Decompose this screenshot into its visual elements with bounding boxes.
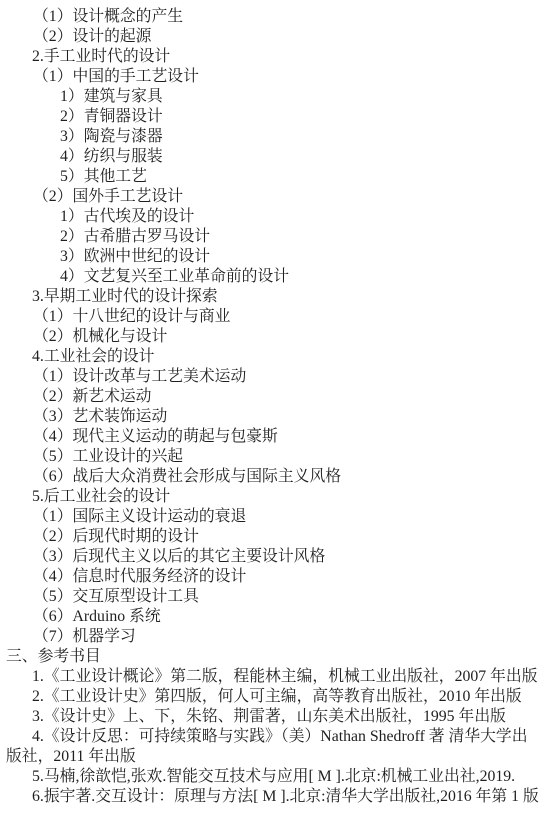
outline-item: （1）十八世纪的设计与商业 xyxy=(0,307,551,327)
reference-item: 2.《工业设计史》第四版，何人可主编，高等教育出版社，2010 年出版 xyxy=(0,687,551,707)
outline-item: （2）机械化与设计 xyxy=(0,327,551,347)
reference-item: 3.《设计史》上、下，朱铭、荆雷著，山东美术出版社，1995 年出版 xyxy=(0,707,551,727)
outline-section: 2.手工业时代的设计 xyxy=(0,47,551,67)
document-lines: （1）设计概念的产生（2）设计的起源2.手工业时代的设计（1）中国的手工艺设计1… xyxy=(0,7,551,807)
outline-subitem: 4）文艺复兴至工业革命前的设计 xyxy=(0,267,551,287)
outline-section: 4.工业社会的设计 xyxy=(0,347,551,367)
outline-item: （7）机器学习 xyxy=(0,627,551,647)
outline-subitem: 3）欧洲中世纪的设计 xyxy=(0,247,551,267)
reference-item: 1.《工业设计概论》第二版，程能林主编，机械工业出版社，2007 年出版 xyxy=(0,667,551,687)
outline-section: 5.后工业社会的设计 xyxy=(0,487,551,507)
outline-item: （3）后现代主义以后的其它主要设计风格 xyxy=(0,547,551,567)
reference-item: 5.马楠,徐歆恺,张欢.智能交互技术与应用[ M ].北京:机械工业出社,201… xyxy=(0,767,551,787)
outline-item: （1）中国的手工艺设计 xyxy=(0,67,551,87)
outline-item: （3）艺术装饰运动 xyxy=(0,407,551,427)
outline-subitem: 3）陶瓷与漆器 xyxy=(0,127,551,147)
outline-item: （1）设计概念的产生 xyxy=(0,7,551,27)
outline-item: （6）战后大众消费社会形成与国际主义风格 xyxy=(0,467,551,487)
outline-item: （4）现代主义运动的萌起与包豪斯 xyxy=(0,427,551,447)
outline-subitem: 4）纺织与服装 xyxy=(0,147,551,167)
outline-item: （4）信息时代服务经济的设计 xyxy=(0,567,551,587)
outline-subitem: 5）其他工艺 xyxy=(0,167,551,187)
outline-item: （6）Arduino 系统 xyxy=(0,607,551,627)
outline-subitem: 2）古希腊古罗马设计 xyxy=(0,227,551,247)
outline-item: （2）后现代时期的设计 xyxy=(0,527,551,547)
document-page: （1）设计概念的产生（2）设计的起源2.手工业时代的设计（1）中国的手工艺设计1… xyxy=(0,0,551,813)
outline-item: （2）新艺术运动 xyxy=(0,387,551,407)
reference-item: 4.《设计反思：可持续策略与实践》（美）Nathan Shedroff 著 清华… xyxy=(0,727,551,747)
outline-subitem: 2）青铜器设计 xyxy=(0,107,551,127)
outline-subitem: 1）建筑与家具 xyxy=(0,87,551,107)
outline-item: （1）国际主义设计运动的衰退 xyxy=(0,507,551,527)
outline-item: （2）设计的起源 xyxy=(0,27,551,47)
reference-continuation: 版社，2011 年出版 xyxy=(0,747,551,767)
outline-item: （2）国外手工艺设计 xyxy=(0,187,551,207)
reference-item: 6.振宇著.交互设计：原理与方法[ M ].北京:清华大学出版社,2016 年第… xyxy=(0,787,551,807)
section-heading: 三、参考书目 xyxy=(0,647,551,667)
outline-subitem: 1）古代埃及的设计 xyxy=(0,207,551,227)
outline-item: （5）工业设计的兴起 xyxy=(0,447,551,467)
outline-section: 3.早期工业时代的设计探索 xyxy=(0,287,551,307)
outline-item: （1）设计改革与工艺美术运动 xyxy=(0,367,551,387)
outline-item: （5）交互原型设计工具 xyxy=(0,587,551,607)
